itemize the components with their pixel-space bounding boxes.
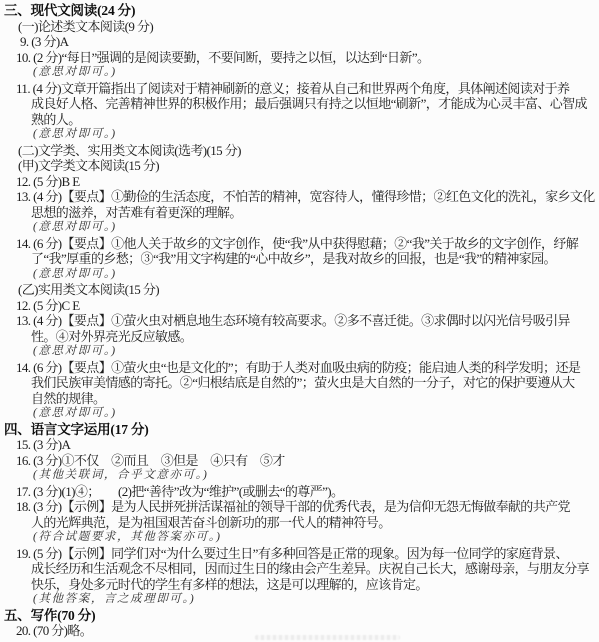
grading-note: (意思对即可。) — [0, 220, 599, 236]
sub-heading: (二)文学类、实用类文本阅读(选考)(15 分) — [0, 143, 599, 159]
answer-line: 18. (3 分)【示例】是为人民拼死拼活谋福祉的领导干部的优秀代表，是为信仰无… — [0, 499, 599, 515]
answer-line: 14. (6 分)【要点】①他人关于故乡的文字创作，使“我”从中获得慰藉；②“我… — [0, 236, 599, 252]
grading-note: (意思对即可。) — [0, 127, 599, 143]
answer-line-continuation: 了“我”厚重的乡愁；③“我”用文字构建的“心中故乡”，是我对故乡的回报，也是“我… — [0, 251, 599, 267]
section-heading: 四、语言文字运用(17 分) — [0, 422, 599, 438]
grading-note: (其他答案，言之成理即可。) — [0, 592, 599, 608]
answer-line: 15. (3 分)A — [0, 437, 599, 453]
answer-line-continuation: 成良好人格、完善精神世界的积极作用；最后强调只有持之以恒地“刷新”，才能成为心灵… — [0, 96, 599, 112]
answer-line-continuation: 自然的规律。 — [0, 391, 599, 407]
section-heading: 五、写作(70 分) — [0, 608, 599, 624]
sub-heading: (甲)文学类文本阅读(15 分) — [0, 158, 599, 174]
answer-line-continuation: 熟的人。 — [0, 112, 599, 128]
answer-line-continuation: 成长经历和生活观念不尽相同，因而过生日的缘由会产生差异。庆祝自己长大，感谢母亲，… — [0, 561, 599, 577]
answer-line: 13. (4 分)【要点】①萤火虫对栖息地生态环境有较高要求。②多不喜迁徙。③求… — [0, 313, 599, 329]
answer-line: 10. (2 分)“每日”强调的是阅读要勤，不要间断，要持之以恒，以达到“日新”… — [0, 50, 599, 66]
answer-line-continuation: 快乐，身处多元时代的学生有多样的想法，这是可以理解的，应该肯定。 — [0, 577, 599, 593]
grading-note: (意思对即可。) — [0, 65, 599, 81]
section-heading: 三、现代文阅读(24 分) — [0, 3, 599, 19]
grading-note: (意思对即可。) — [0, 267, 599, 283]
answer-line: 11. (4 分)文章开篇指出了阅读对于精神刷新的意义；接着从自己和世界两个角度… — [0, 81, 599, 97]
answer-line-continuation: 人的光辉典范，是为祖国艰苦奋斗创新功的那一代人的精神符号。 — [0, 515, 599, 531]
answer-line: 12. (5 分)B E — [0, 174, 599, 190]
answer-line: 14. (6 分)【要点】①萤火虫“也是文化的”；有助于人类对血吸虫病的防疫；能… — [0, 360, 599, 376]
grading-note: (意思对即可。) — [0, 406, 599, 422]
grading-note: (其他关联词，合乎文意亦可。) — [0, 468, 599, 484]
sub-heading: (乙)实用类文本阅读(15 分) — [0, 282, 599, 298]
answer-line: 12. (5 分)C E — [0, 298, 599, 314]
answer-sheet-page: 三、现代文阅读(24 分)(一)论述类文本阅读(9 分)9. (3 分)A10.… — [0, 0, 599, 642]
sub-heading: (一)论述类文本阅读(9 分) — [0, 19, 599, 35]
answer-line: 19. (5 分)【示例】同学们对“为什么要过生日”有多种回答是正常的现象。因为… — [0, 546, 599, 562]
answer-line-continuation: 性。④对外界亮光反应敏感。 — [0, 329, 599, 345]
answer-line-continuation: 思想的滋养，对苦难有着更深的理解。 — [0, 205, 599, 221]
answer-line: 9. (3 分)A — [0, 34, 599, 50]
answer-line: 16. (3 分)①不仅 ②而且 ③但是 ④只有 ⑤才 — [0, 453, 599, 469]
answer-line-continuation: 我们民族审美情感的寄托。②“归根结底是自然的”；萤火虫是大自然的一分子，对它的保… — [0, 375, 599, 391]
answer-line: 13. (4 分)【要点】①勤俭的生活态度，不怕苦的精神，宽容待人，懂得珍惜；②… — [0, 189, 599, 205]
page-footer-faint-text — [255, 635, 400, 640]
grading-note: (符合试题要求，其他答案亦可。) — [0, 530, 599, 546]
answer-line: 17. (3 分)(1)④； (2)把“善待”改为“维护”(或删去“的尊严”)。 — [0, 484, 599, 500]
grading-note: (意思对即可。) — [0, 344, 599, 360]
